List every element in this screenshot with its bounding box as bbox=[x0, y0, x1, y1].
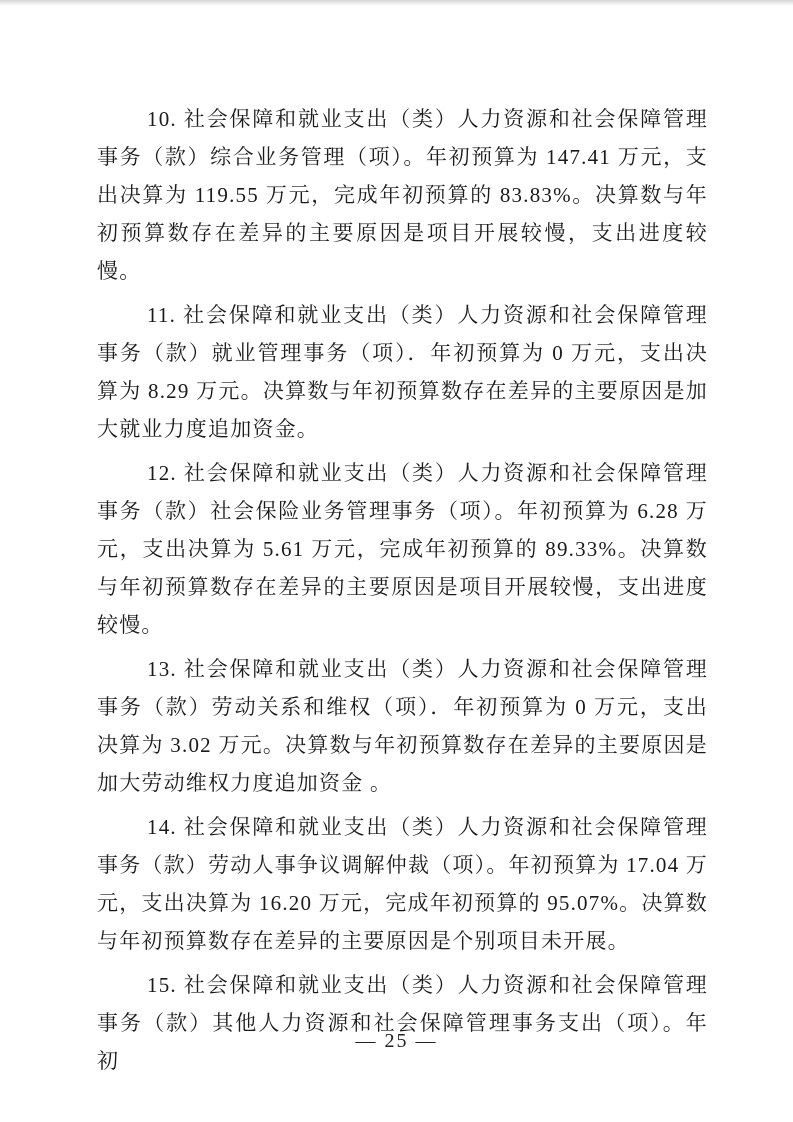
paragraph-11: 11. 社会保障和就业支出（类）人力资源和社会保障管理事务（款）就业管理事务（项… bbox=[97, 296, 708, 448]
paragraph-15: 15. 社会保障和就业支出（类）人力资源和社会保障管理事务（款）其他人力资源和社… bbox=[97, 966, 708, 1080]
body-text: 10. 社会保障和就业支出（类）人力资源和社会保障管理事务（款）综合业务管理（项… bbox=[97, 100, 708, 1080]
paragraph-12: 12. 社会保障和就业支出（类）人力资源和社会保障管理事务（款）社会保险业务管理… bbox=[97, 454, 708, 644]
scan-edge-shadow bbox=[0, 0, 793, 6]
paragraph-14: 14. 社会保障和就业支出（类）人力资源和社会保障管理事务（款）劳动人事争议调解… bbox=[97, 808, 708, 960]
paragraph-13: 13. 社会保障和就业支出（类）人力资源和社会保障管理事务（款）劳动关系和维权（… bbox=[97, 650, 708, 802]
page-number: — 25 — bbox=[0, 1030, 793, 1053]
paragraph-10: 10. 社会保障和就业支出（类）人力资源和社会保障管理事务（款）综合业务管理（项… bbox=[97, 100, 708, 290]
document-page: 10. 社会保障和就业支出（类）人力资源和社会保障管理事务（款）综合业务管理（项… bbox=[0, 0, 793, 1122]
